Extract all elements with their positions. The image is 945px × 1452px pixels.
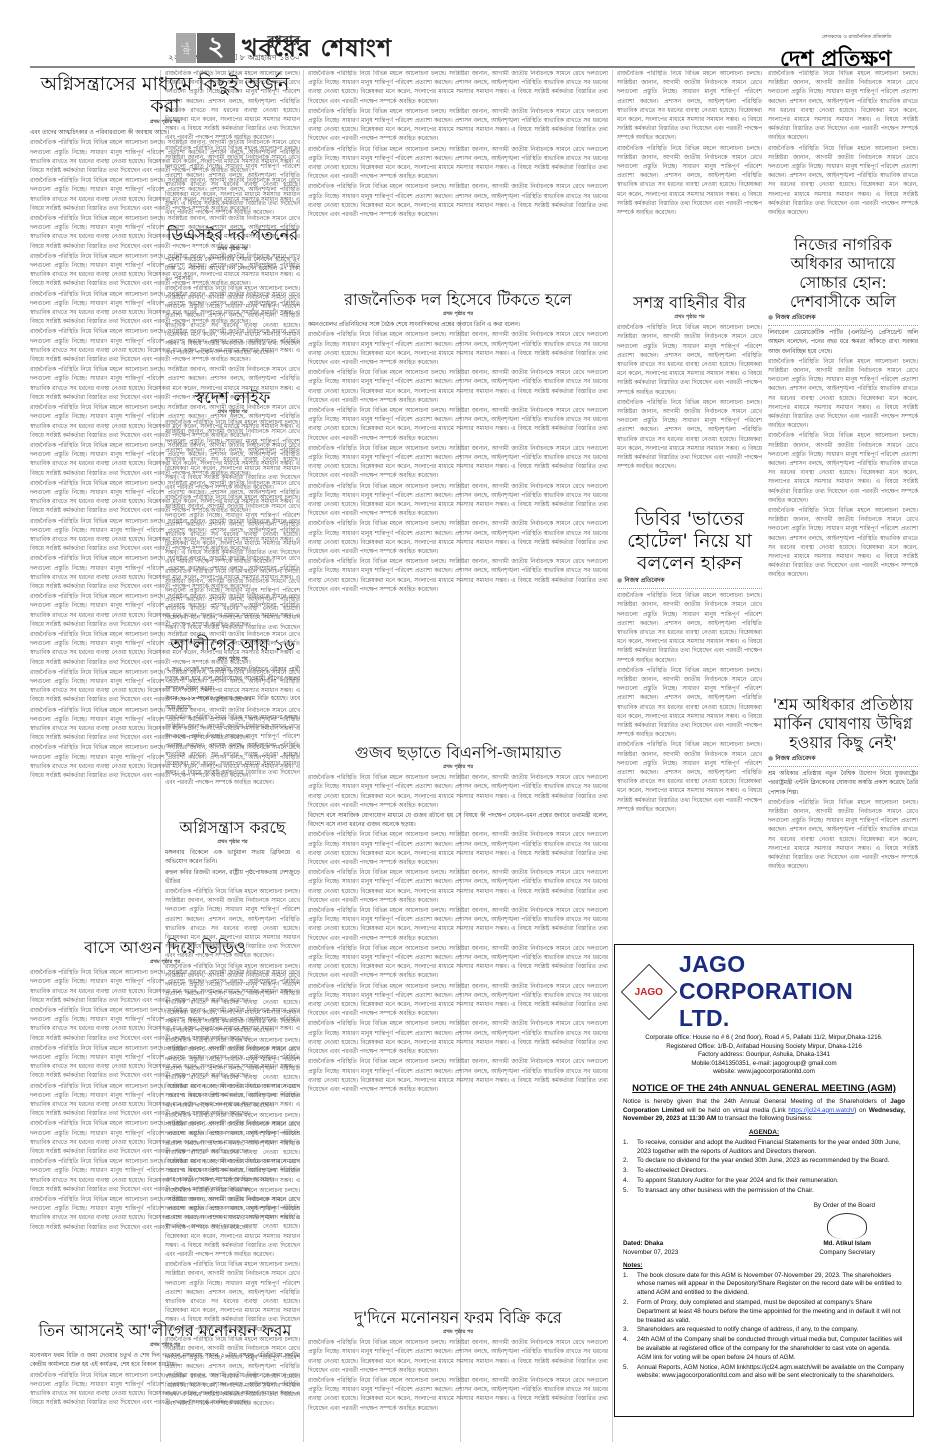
signature-block: Dated: Dhaka November 07, 2023 Md. Atiku…: [623, 1213, 905, 1257]
headline: ডিএসইর দর পতনের: [165, 225, 300, 244]
article-labor-rights: 'শ্রম অধিকার প্রতিষ্ঠায় মার্কিন ঘোষণায়…: [768, 692, 918, 937]
article-body: রাজনৈতিক পরিস্থিতি নিয়ে বিভিন্ন মহলে আল…: [308, 146, 608, 183]
continued-from: প্রথম পৃষ্ঠার পর: [308, 310, 608, 319]
article-body: রাজনৈতিক পরিস্থিতি নিয়ে বিভিন্ন মহলে আল…: [165, 285, 300, 359]
article-body: রাজনৈতিক পরিস্থিতি নিয়ে বিভিন্ন মহলে আল…: [308, 331, 608, 368]
page-label: পৃষ্ঠা: [176, 33, 196, 63]
article-body: রাজনৈতিক পরিস্থিতি নিয়ে বিভিন্ন মহলে আল…: [308, 1339, 608, 1376]
article-oli: নিজের নাগরিক অধিকার আদায়ে সোচ্চার হোন: …: [768, 232, 918, 692]
article-body: রাজনৈতিক পরিস্থিতি নিয়ে বিভিন্ন মহলে আল…: [308, 108, 608, 145]
article-continuation-right: রাজনৈতিক পরিস্থিতি নিয়ে বিভিন্ন মহলে আল…: [617, 70, 762, 290]
divider: [768, 766, 918, 767]
article-continuation-far-right: রাজনৈতিক পরিস্থিতি নিয়ে বিভিন্ন মহলে আল…: [768, 70, 918, 230]
article-body: রাজনৈতিক পরিস্থিতি নিয়ে বিভিন্ন মহলে আল…: [165, 963, 300, 1037]
article-body: রাজনৈতিক পরিস্থিতি নিয়ে বিভিন্ন মহলে আল…: [165, 1261, 300, 1335]
headline: ডিবির 'ভাতের হোটেল' নিয়ে যা বললেন হারুন: [617, 508, 762, 574]
agenda-item: 1.To receive, consider and adopt the Aud…: [623, 1139, 905, 1157]
article-body: রাজনৈতিক পরিস্থিতি নিয়ে বিভিন্ন মহলে আল…: [768, 507, 918, 581]
article-body: রাজনৈতিক পরিস্থিতি নিয়ে বিভিন্ন মহলে আল…: [617, 399, 762, 473]
headline: দু'দিনে মনোনয়ন ফরম বিক্রি করে: [308, 1308, 608, 1327]
article-agnisontrash-korche: অগ্নিসন্ত্রাস করছে প্রথম পৃষ্ঠার পর মঙ্গ…: [165, 815, 300, 1445]
signature-icon: [827, 1213, 867, 1239]
by-order-of-board: By Order of the Board: [623, 1202, 875, 1209]
article-armed-forces: সশস্ত্র বাহিনীর বীর প্রথম পৃষ্ঠার পর রাজ…: [617, 290, 762, 500]
article-body: রাজনৈতিক পরিস্থিতি নিয়ে বিভিন্ন মহলে আল…: [165, 714, 300, 788]
article-lead-2: এবার ২০১৮ সালের তুলনায় কম ফরম বিক্রি হয…: [165, 695, 300, 713]
agenda-item: 3.To elect/reelect Directors.: [623, 1167, 905, 1176]
page-number: ২: [197, 33, 235, 63]
agenda-label: AGENDA:: [623, 1129, 905, 1136]
note-item: 4.24th AGM of the Company shall be condu…: [623, 1336, 905, 1362]
ad-header: JAGO JAGO CORPORATION LTD.: [623, 951, 905, 1032]
article-body: রাজনৈতিক পরিস্থিতি নিয়ে বিভিন্ন মহলে আল…: [308, 1058, 608, 1095]
headline: রাজনৈতিক দল হিসেবে টিকতে হলে: [308, 290, 608, 309]
article-lead: পয়েন্ট। সবচেয়ে কোম্পানিটির শেয়ার লেনদ…: [165, 256, 300, 284]
article-body: রাজনৈতিক পরিস্থিতি নিয়ে বিভিন্ন মহলে আল…: [308, 369, 608, 406]
article-body: রাজনৈতিক পরিস্থিতি নিয়ে বিভিন্ন মহলে আল…: [768, 432, 918, 506]
continued-from: প্রথম পৃষ্ঠার পর: [165, 838, 300, 847]
article-db-hotel: ডিবির 'ভাতের হোটেল' নিয়ে যা বললেন হারুন…: [617, 505, 762, 935]
article-body: রাজনৈতিক পরিস্থিতি নিয়ে বিভিন্ন মহলে আল…: [308, 520, 608, 557]
article-body: রাজনৈতিক পরিস্থিতি নিয়ে বিভিন্ন মহলে আল…: [308, 483, 608, 520]
article-swadesh-life: স্বদেশ লাইফ প্রথম পৃষ্ঠার পর রাজনৈতিক পর…: [165, 385, 300, 630]
agenda-item: 5.To transact any other business with th…: [623, 1187, 905, 1196]
agm-link[interactable]: https://jcl24.agm.watch/: [788, 1107, 854, 1114]
article-body: রাজনৈতিক পরিস্থিতি নিয়ে বিভিন্ন মহলে আল…: [308, 774, 608, 811]
headline: নিজের নাগরিক অধিকার আদায়ে সোচ্চার হোন: …: [768, 235, 918, 311]
article-lead: কমনওয়েলথ প্রতিনিধিদের সঙ্গে বৈঠক শেষে স…: [308, 321, 608, 330]
article-body: রাজনৈতিক পরিস্থিতি নিয়ে বিভিন্ন মহলে আল…: [617, 145, 762, 219]
masthead-rule: [30, 66, 915, 68]
article-body: রাজনৈতিক পরিস্থিতি নিয়ে বিভিন্ন মহলে আল…: [308, 70, 608, 107]
article-body: রাজনৈতিক পরিস্থিতি নিয়ে বিভিন্ন মহলে আল…: [617, 70, 762, 144]
agm-notice-advertisement: JAGO JAGO CORPORATION LTD. Corporate off…: [614, 944, 914, 1417]
article-body: রাজনৈতিক পরিস্থিতি নিয়ে বিভিন্ন মহলে আল…: [308, 1377, 608, 1414]
article-body: রাজনৈতিক পরিস্থিতি নিয়ে বিভিন্ন মহলে আল…: [165, 1037, 300, 1111]
headline: স্বদেশ লাইফ: [165, 388, 300, 407]
company-address: Corporate office: House no # 6 ( 2nd flo…: [623, 1034, 905, 1077]
column-divider: [303, 70, 304, 1442]
notice-intro: Notice is hereby given that the 24th Ann…: [623, 1098, 905, 1124]
article-body: রাজনৈতিক পরিস্থিতি নিয়ে বিভিন্ন মহলে আল…: [617, 592, 762, 666]
article-body: রাজনৈতিক পরিস্থিতি নিয়ে বিভিন্ন মহলে আল…: [308, 869, 608, 906]
article-body: রাজনৈতিক পরিস্থিতি নিয়ে বিভিন্ন মহলে আল…: [165, 145, 300, 219]
article-rumor: গুজব ছড়াতে বিএনপি-জামায়াত প্রথম পৃষ্ঠা…: [308, 740, 608, 1300]
notice-title: NOTICE OF THE 24th ANNUAL GENERAL MEETIN…: [623, 1083, 905, 1094]
article-lead: এ সভা থেকেই দ্বাদশ জাতীয় সংসদ নির্বাচনে…: [165, 666, 300, 694]
headline: গুজব ছড়াতে বিএনপি-জামায়াত: [308, 743, 608, 762]
article-body: রাজনৈতিক পরিস্থিতি নিয়ে বিভিন্ন মহলে আল…: [308, 945, 608, 982]
continued-from: প্রথম পৃষ্ঠার পর: [165, 408, 300, 417]
article-body: রাজনৈতিক পরিস্থিতি নিয়ে বিভিন্ন মহলে আল…: [768, 358, 918, 432]
notes-list: 1.The book closure date for this AGM is …: [623, 1272, 905, 1382]
article-body: রাজনৈতিক পরিস্থিতি নিয়ে বিভিন্ন মহলে আল…: [768, 799, 918, 873]
logo-tagline: লেখকদের ও রাজনৈতিক প্রতিশ্রুতি: [780, 34, 892, 42]
section-title: খবরের শেষাংশ: [242, 30, 392, 70]
article-body: রাজনৈতিক পরিস্থিতি নিয়ে বিভিন্ন মহলে আল…: [768, 145, 918, 219]
article-lead: মঙ্গলবার বিকেলে এক ভার্চুয়াল সভায় ব্রি…: [165, 849, 300, 867]
article-body: রাজনৈতিক পরিস্থিতি নিয়ে বিভিন্ন মহলে আল…: [165, 1112, 300, 1186]
article-body: রাজনৈতিক পরিস্থিতি নিয়ে বিভিন্ন মহলে আল…: [165, 70, 300, 144]
agenda-item: 4.To appoint Statutory Auditor for the y…: [623, 1177, 905, 1186]
notes-label: Notes:: [623, 1262, 905, 1269]
divider: [768, 325, 918, 326]
article-body: রাজনৈতিক পরিস্থিতি নিয়ে বিভিন্ন মহলে আল…: [165, 494, 300, 568]
jago-logo-icon: JAGO: [621, 963, 678, 1020]
article-body: রাজনৈতিক পরিস্থিতি নিয়ে বিভিন্ন মহলে আল…: [165, 419, 300, 493]
article-body: রাজনৈতিক পরিস্থিতি নিয়ে বিভিন্ন মহলে আল…: [308, 445, 608, 482]
signatory-block: Md. Atikul Islam Company Secretary: [819, 1213, 875, 1257]
article-body: রাজনৈতিক পরিস্থিতি নিয়ে বিভিন্ন মহলে আল…: [308, 558, 608, 595]
article-political-party: রাজনৈতিক দল হিসেবে টিকতে হলে প্রথম পৃষ্ঠ…: [308, 287, 608, 735]
headline: 'শ্রম অধিকার প্রতিষ্ঠায় মার্কিন ঘোষণায়…: [768, 695, 918, 752]
article-lead: বিদেশে বসে সামাজিক যোগাযোগ মাধ্যমে যে গু…: [308, 812, 608, 830]
byline: নিজস্ব প্রতিবেদক: [768, 313, 918, 322]
continued-from: প্রথম পৃষ্ঠার পর: [617, 313, 762, 322]
article-body: রাজনৈতিক পরিস্থিতি নিয়ে বিভিন্ন মহলে আল…: [768, 70, 918, 144]
article-lead: শ্রম অধিকার প্রতিষ্ঠায় নতুন বৈশ্বিক উদ্…: [768, 770, 918, 798]
company-name: JAGO CORPORATION LTD.: [679, 951, 905, 1032]
article-body: রাজনৈতিক পরিস্থিতি নিয়ে বিভিন্ন মহলে আল…: [308, 983, 608, 1020]
continued-from: প্রথম পৃষ্ঠার পর: [308, 1328, 608, 1337]
dated-block: Dated: Dhaka November 07, 2023: [623, 1239, 678, 1257]
article-body: রাজনৈতিক পরিস্থিতি নিয়ে বিভিন্ন মহলে আল…: [308, 183, 608, 220]
article-lead-2: রুহুল কবির রিজভী বলেন, রাষ্ট্রীয় পৃষ্ঠপ…: [165, 869, 300, 887]
divider: [617, 588, 762, 589]
byline: নিজস্ব প্রতিবেদক: [768, 754, 918, 763]
byline: নিজস্ব প্রতিবেদক: [617, 576, 762, 585]
agenda-list: 1.To receive, consider and adopt the Aud…: [623, 1139, 905, 1196]
article-body: রাজনৈতিক পরিস্থিতি নিয়ে বিভিন্ন মহলে আল…: [165, 888, 300, 962]
headline: আ'লীগের আয় ১৬: [165, 635, 300, 654]
article-two-days-forms: দু'দিনে মনোনয়ন ফরম বিক্রি করে প্রথম পৃষ…: [308, 1305, 608, 1448]
article-body: রাজনৈতিক পরিস্থিতি নিয়ে বিভিন্ন মহলে আল…: [308, 407, 608, 444]
continued-from: প্রথম পৃষ্ঠার পর: [308, 763, 608, 772]
article-body: রাজনৈতিক পরিস্থিতি নিয়ে বিভিন্ন মহলে আল…: [617, 324, 762, 398]
article-body: রাজনৈতিক পরিস্থিতি নিয়ে বিভিন্ন মহলে আল…: [308, 907, 608, 944]
article-body: রাজনৈতিক পরিস্থিতি নিয়ে বিভিন্ন মহলে আল…: [165, 1336, 300, 1410]
article-al-income: আ'লীগের আয় ১৬ প্রথম পৃষ্ঠার পর এ সভা থে…: [165, 632, 300, 812]
article-lead: লিবারেল ডেমোক্রেটিক পার্টির (এলডিপি) প্র…: [768, 329, 918, 357]
masthead: বুধবার ২২ নভেম্বর ২০২৩ ☐ ৮ অগ্রহায়ণ ১৪৩…: [0, 0, 945, 62]
note-item: 3.Shareholders are requested to notify c…: [623, 1326, 905, 1335]
note-item: 5.Annual Reports, AGM Notice, AGM linkht…: [623, 1364, 905, 1382]
article-body: রাজনৈতিক পরিস্থিতি নিয়ে বিভিন্ন মহলে আল…: [308, 1020, 608, 1057]
article-continuation: রাজনৈতিক পরিস্থিতি নিয়ে বিভিন্ন মহলে আল…: [165, 70, 300, 220]
article-body: রাজনৈতিক পরিস্থিতি নিয়ে বিভিন্ন মহলে আল…: [165, 568, 300, 630]
continued-from: প্রথম পৃষ্ঠার পর: [165, 655, 300, 664]
column-divider: [612, 70, 613, 1442]
continued-from: প্রথম পৃষ্ঠার পর: [165, 245, 300, 254]
headline: সশস্ত্র বাহিনীর বীর: [617, 293, 762, 312]
headline: অগ্নিসন্ত্রাস করছে: [165, 818, 300, 837]
note-item: 2.Form of Proxy, duly completed and stam…: [623, 1299, 905, 1325]
agenda-item: 2.To declare no dividend for the year en…: [623, 1157, 905, 1166]
article-body: রাজনৈতিক পরিস্থিতি নিয়ে বিভিন্ন মহলে আল…: [617, 741, 762, 815]
article-body: রাজনৈতিক পরিস্থিতি নিয়ে বিভিন্ন মহলে আল…: [617, 667, 762, 741]
note-item: 1.The book closure date for this AGM is …: [623, 1272, 905, 1298]
article-body: রাজনৈতিক পরিস্থিতি নিয়ে বিভিন্ন মহলে আল…: [308, 831, 608, 868]
article-dse: ডিএসইর দর পতনের প্রথম পৃষ্ঠার পর পয়েন্ট…: [165, 222, 300, 382]
article-body: রাজনৈতিক পরিস্থিতি নিয়ে বিভিন্ন মহলে আল…: [165, 1187, 300, 1261]
article-continuation-top: রাজনৈতিক পরিস্থিতি নিয়ে বিভিন্ন মহলে আল…: [308, 70, 608, 285]
